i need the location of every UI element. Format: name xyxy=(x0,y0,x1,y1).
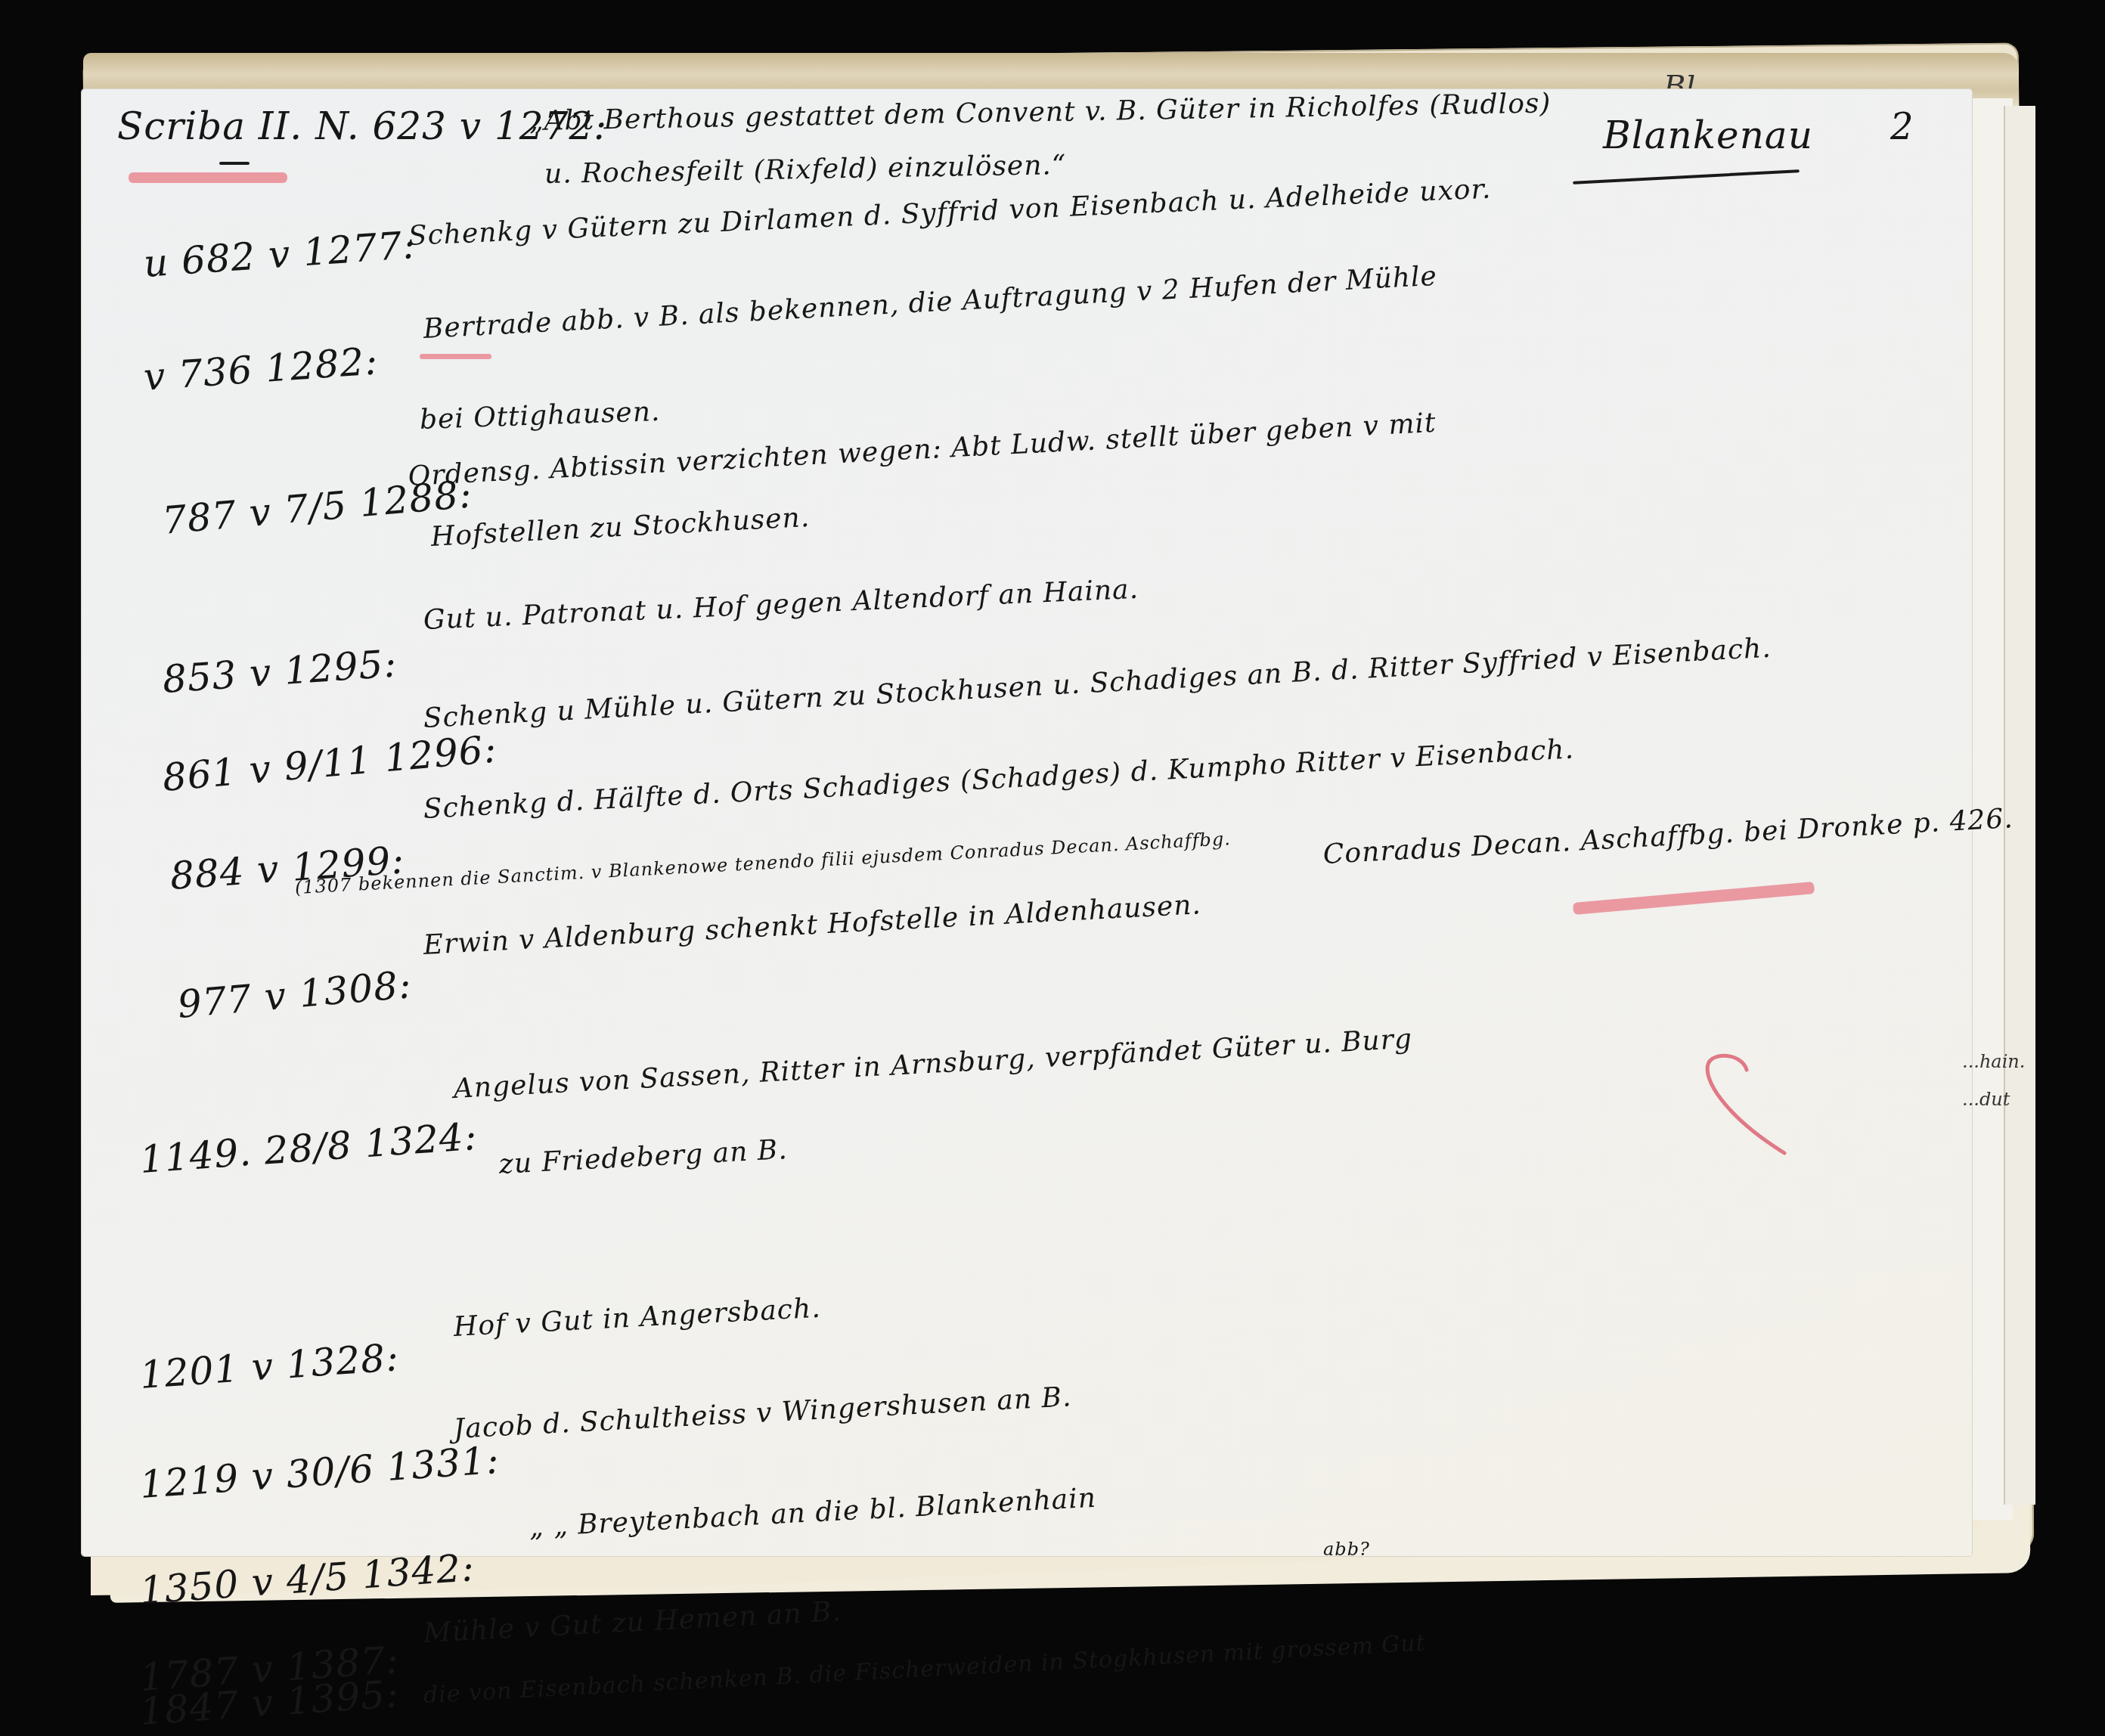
entry-text: Mühle v Gut zu Hemen an B. xyxy=(423,1596,842,1649)
margin-note: ...dut xyxy=(1962,1089,2010,1110)
entry-note: abb? xyxy=(1323,1539,1370,1560)
entry-text: die von Eisenbach schenken B. die Fische… xyxy=(423,1630,1426,1709)
red-pencil-hook-mark xyxy=(1701,1047,1792,1168)
page-number: 2 xyxy=(1890,106,1914,148)
ink-underline xyxy=(219,162,250,165)
red-pencil-underline xyxy=(420,354,491,359)
heading-place-name: Blankenau xyxy=(1603,113,1813,157)
red-pencil-underline xyxy=(129,172,287,183)
margin-note: ...hain. xyxy=(1962,1051,2025,1072)
